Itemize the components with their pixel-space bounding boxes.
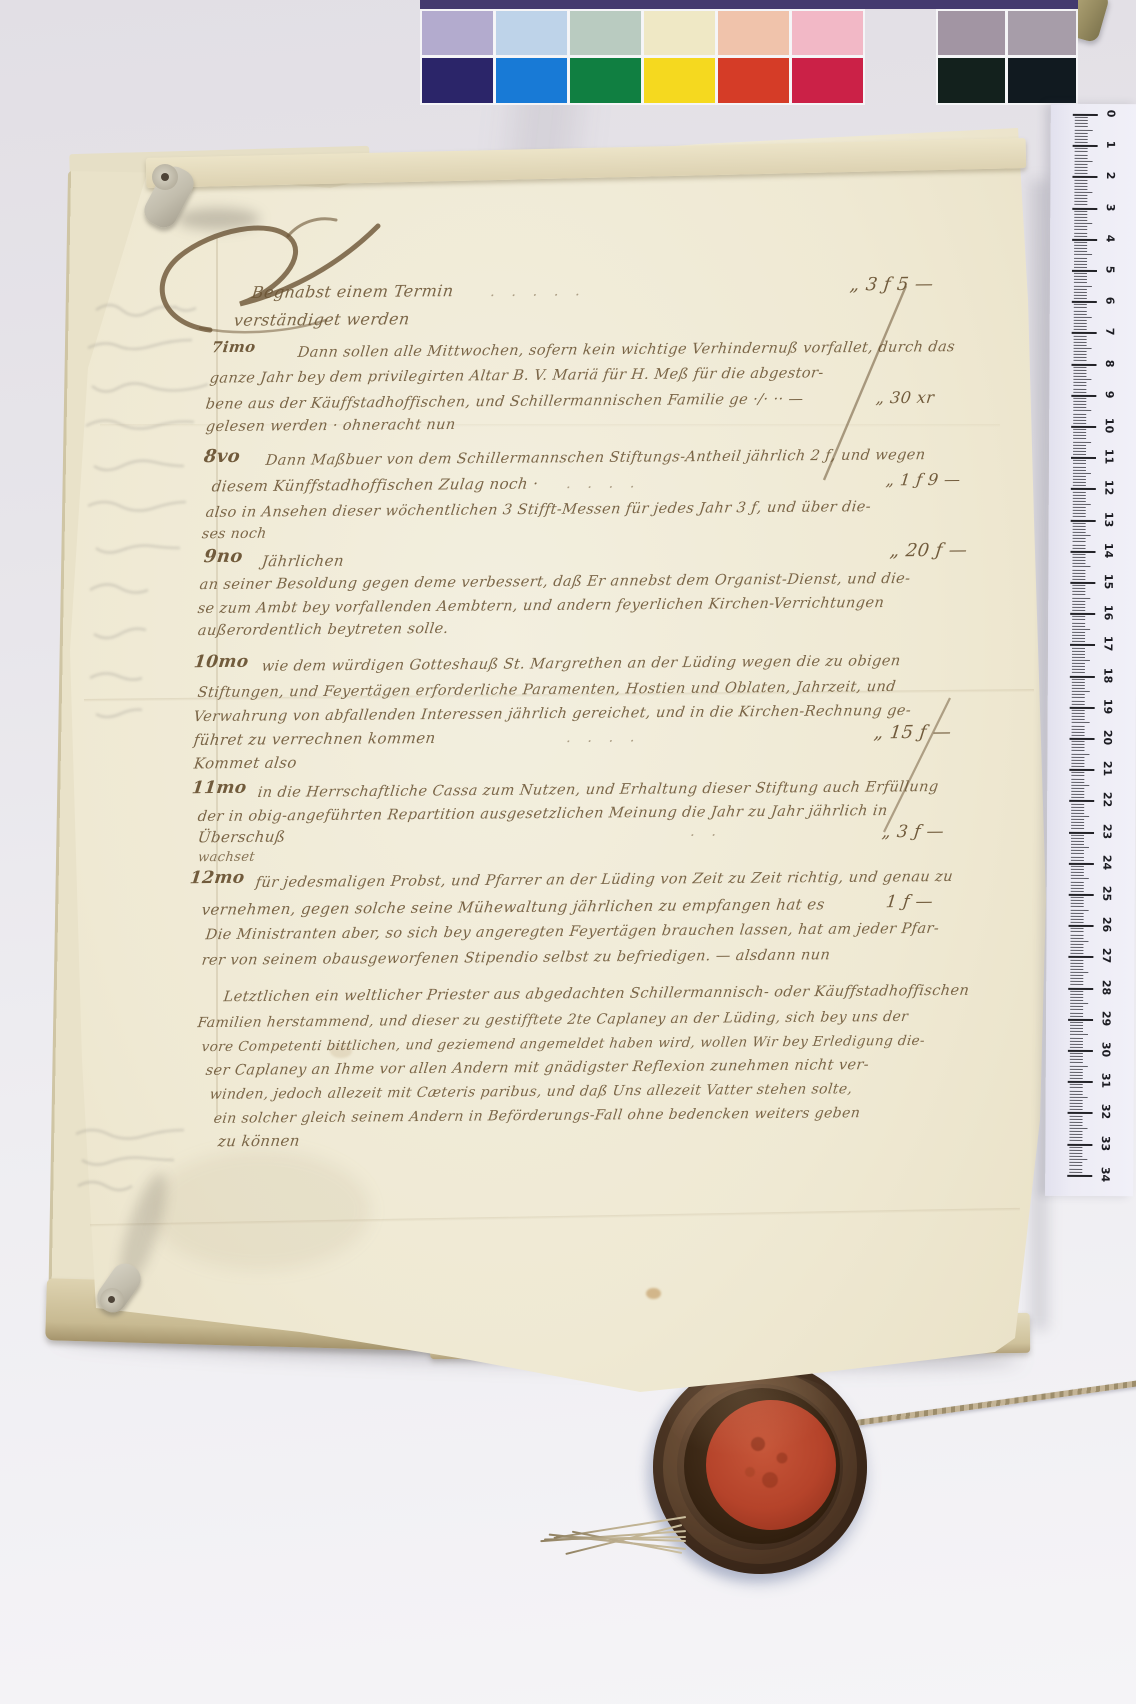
ruler-mm-tick [1070,1122,1083,1123]
ruler-number: 19 [1101,698,1114,714]
ruler-mm-tick [1073,541,1086,542]
ruler-mm-tick [1072,554,1085,555]
ruler-mm-tick [1070,975,1083,976]
ruler-mm-tick [1073,479,1086,480]
ruler-number: 14 [1102,542,1115,558]
ruler-mm-tick [1070,1003,1088,1004]
color-patch [792,58,863,103]
color-patch [570,11,641,55]
ruler-mm-tick [1072,744,1085,745]
ruler-mm-tick [1070,1094,1083,1095]
ruler-mm-tick [1074,279,1087,280]
ruler-mm-tick [1074,289,1087,290]
ruler-cm-tick [1070,613,1095,615]
ruler-mm-tick [1069,1165,1082,1166]
ruler-mm-tick [1070,1034,1088,1035]
ruler-mm-tick [1072,651,1085,652]
manuscript-line: Die Ministranten aber, so sich bey anger… [205,921,940,943]
ruler-mm-tick [1073,523,1086,524]
ruler-mm-tick [1074,226,1087,227]
ruler-number: 3 [1104,199,1117,215]
ruler-cm-tick [1071,488,1096,490]
ruler-mm-tick [1069,1131,1082,1132]
color-patch [1008,58,1076,103]
ruler-mm-tick [1072,700,1085,701]
ruler-mm-tick [1073,404,1086,405]
ruler-mm-tick [1070,1103,1083,1104]
ruler-mm-tick [1071,813,1084,814]
manuscript-line: se zum Ambt bey vorfallenden Aembtern, u… [197,595,885,617]
manuscript-line: an seiner Besoldung gegen deme verbesser… [199,571,912,593]
ruler-mm-tick [1073,470,1086,471]
ruler-mm-tick [1073,401,1086,402]
ruler-mm-tick [1073,535,1091,536]
ruler-mm-tick [1070,938,1083,939]
ruler-mm-tick [1074,276,1087,277]
ruler-cm-tick [1072,176,1097,178]
ruler-mm-tick [1072,585,1085,586]
ruler-mm-tick [1075,161,1093,162]
ruler-mm-tick [1073,435,1086,436]
manuscript-line: rer von seinem obausgeworfenen Stipendio… [201,947,831,968]
ruler-mm-tick [1072,619,1085,620]
ruler-mm-tick [1075,123,1088,124]
ruler-mm-tick [1070,953,1083,954]
ruler-mm-tick [1074,251,1087,252]
ruler-mm-tick [1073,485,1086,486]
ruler-mm-tick [1073,473,1091,474]
ruler-number: 12 [1102,480,1115,496]
manuscript-line: für jedesmaligen Probst, und Pfarrer an … [255,869,954,891]
manuscript-line: ses noch [201,526,268,543]
ruler-mm-tick [1075,126,1088,127]
ruler-mm-tick [1073,516,1086,517]
ruler-mm-tick [1073,385,1086,386]
ruler-mm-tick [1070,1125,1083,1126]
ruler-cm-tick [1072,207,1097,209]
ruler-mm-tick [1073,367,1086,368]
ruler-mm-tick [1072,713,1085,714]
ruler-mm-tick [1074,232,1087,233]
ruler-mm-tick [1074,204,1087,205]
ruler-cm-tick [1069,894,1094,896]
ruler-mm-tick [1073,463,1086,464]
ruler-mm-tick [1071,931,1084,932]
ruler-mm-tick [1074,320,1087,321]
ruler-mm-tick [1070,1075,1083,1076]
amount-1f9: „ 1 ƒ 9 — [885,470,962,490]
ruler-mm-tick [1071,847,1089,848]
ruler-mm-tick [1074,223,1092,224]
ruler-mm-tick [1072,576,1085,577]
ruler-mm-tick [1070,1109,1083,1110]
ruler-mm-tick [1072,597,1090,598]
ruler-mm-tick [1074,192,1092,193]
ruler-number: 22 [1101,792,1114,808]
ruler-mm-tick [1073,482,1086,483]
amount-30xr: „ 30 xr [875,388,936,408]
ruler-mm-tick [1073,460,1086,461]
ruler-mm-tick [1070,1069,1083,1070]
manuscript-line: Familien herstammend, und dieser zu gest… [197,1009,909,1031]
ruler-number: 10 [1103,418,1116,434]
ruler-mm-tick [1071,810,1084,811]
ruler-mm-tick [1072,679,1085,680]
ruler-mm-tick [1070,1119,1083,1120]
ruler-mm-tick [1075,129,1093,130]
ruler-mm-tick [1072,660,1090,661]
ruler-mm-tick [1071,807,1084,808]
item-marker-10mo: 10mo [193,652,250,672]
ruler-mm-tick [1069,1153,1082,1154]
ruler-mm-tick [1070,950,1083,951]
item-marker-11mo: 11mo [191,778,248,798]
ruler-number: 30 [1099,1042,1112,1058]
ruler-mm-tick [1070,1100,1083,1101]
ruler-mm-tick [1073,441,1091,442]
ruler-mm-tick [1071,872,1084,873]
ruler-cm-tick [1067,1175,1092,1177]
ruler-mm-tick [1070,969,1083,970]
amount-3f: „ 3 ƒ — [881,822,945,843]
ruler-mm-tick [1073,382,1086,383]
ruler-mm-tick [1071,788,1084,789]
ruler-mm-tick [1071,916,1084,917]
ruler-number: 7 [1103,324,1116,340]
ruler-mm-tick [1074,220,1087,221]
ruler-mm-tick [1072,694,1085,695]
ruler-cm-tick [1068,987,1093,989]
ruler-mm-tick [1074,183,1087,184]
ruler-number: 2 [1104,168,1117,184]
color-patch [496,11,567,55]
ruler-mm-tick [1069,1147,1082,1148]
ruler-cm-tick [1072,301,1097,303]
ruler-mm-tick [1071,922,1084,923]
color-calibration-chart [420,0,1078,106]
ruler-cm-tick [1068,1050,1093,1052]
ruler-mm-tick [1072,641,1085,642]
ruler-mm-tick [1075,136,1088,137]
ruler-cm-tick [1069,800,1094,802]
item-marker-8vo: 8vo [203,446,242,467]
amount-15f: „ 15 ƒ — [873,722,953,744]
ruler-mm-tick [1071,934,1084,935]
ruler-mm-tick [1075,158,1088,159]
ruler-mm-tick [1072,632,1085,633]
color-patch [938,11,1005,55]
ruler-mm-tick [1070,1097,1088,1098]
manuscript-line: ganze Jahr bey dem privilegirten Altar B… [209,365,825,386]
ruler-mm-tick [1071,903,1084,904]
ruler-mm-tick [1074,214,1087,215]
ruler-mm-tick [1069,1159,1087,1160]
ruler-mm-tick [1072,626,1085,627]
ruler-mm-tick [1070,1031,1083,1032]
peg-hole [108,1296,115,1303]
ruler-mm-tick [1072,579,1085,580]
ruler-mm-tick [1074,267,1087,268]
ruler-mm-tick [1072,716,1085,717]
ruler-mm-tick [1071,866,1084,867]
color-patch [718,11,789,55]
ruler-cm-tick [1068,1081,1093,1083]
ruler-mm-tick [1070,984,1083,985]
ruler-mm-tick [1074,198,1087,199]
ruler-mm-tick [1072,569,1085,570]
color-patch [792,11,863,55]
ruler-mm-tick [1075,167,1088,168]
ruler-mm-tick [1072,741,1085,742]
amount-3f5: „ 3 ƒ 5 — [849,274,935,296]
ruler-mm-tick [1070,959,1083,960]
manuscript-line: · · · · [565,734,641,751]
ruler-number: 16 [1102,605,1115,621]
ruler-mm-tick [1074,245,1087,246]
ruler-mm-tick [1072,682,1085,683]
ruler-cm-tick [1070,707,1095,709]
ruler-mm-tick [1074,186,1087,187]
ruler-mm-tick [1074,298,1087,299]
ruler-cm-tick [1068,956,1093,958]
ruler-mm-tick [1071,772,1084,773]
ruler-mm-tick [1070,1037,1083,1038]
ruler-mm-tick [1072,588,1085,589]
manuscript-line: Jährlichen [261,552,345,571]
ruler-mm-tick [1070,963,1083,964]
ruler-mm-tick [1074,360,1087,361]
ruler-mm-tick [1072,722,1090,723]
ruler-mm-tick [1071,778,1084,779]
ruler-mm-tick [1070,947,1083,948]
manuscript-line: gelesen werden · ohneracht nun [205,417,457,435]
ruler-mm-tick [1075,148,1088,149]
ruler-mm-tick [1071,885,1084,886]
ruler-mm-tick [1073,420,1086,421]
ruler-mm-tick [1074,323,1087,324]
ruler-mm-tick [1074,173,1087,174]
ruler-mm-tick [1071,803,1084,804]
ruler-mm-tick [1073,513,1086,514]
manuscript-line: also in Ansehen dieser wöchentlichen 3 S… [205,499,872,521]
ruler-mm-tick [1071,900,1084,901]
ruler-mm-tick [1075,164,1088,165]
ruler-mm-tick [1074,264,1087,265]
ruler-mm-tick [1070,1056,1083,1057]
ruler-mm-tick [1074,201,1087,202]
ruler-mm-tick [1070,1016,1083,1017]
manuscript-line: wie dem würdigen Gotteshauß St. Margreth… [261,653,902,675]
color-patch [644,11,715,55]
ruler-mm-tick [1071,785,1089,786]
ruler-mm-tick [1074,335,1087,336]
ruler-mm-tick [1070,997,1083,998]
manuscript-line: der in obig-angeführten Repartition ausg… [197,803,889,825]
ruler-mm-tick [1072,557,1085,558]
ruler-mm-tick [1071,860,1084,861]
item-marker-9no: 9no [203,546,244,567]
ruler-cm-tick [1072,332,1097,334]
ruler-mm-tick [1072,610,1085,611]
color-patch [1008,11,1076,55]
ruler-mm-tick [1071,850,1084,851]
ruler-mm-tick [1070,1009,1083,1010]
ruler-number: 29 [1100,1010,1113,1026]
ruler-number: 32 [1099,1104,1112,1120]
manuscript-line: Dann sollen alle Mittwochen, sofern kein… [297,339,956,361]
ruler-mm-tick [1071,766,1084,767]
ruler-mm-tick [1074,254,1092,255]
ruler-mm-tick [1075,117,1088,118]
ruler-mm-tick [1072,729,1085,730]
ruler-mm-tick [1070,1062,1083,1063]
ruler-mm-tick [1070,1065,1088,1066]
ruler-mm-tick [1073,476,1086,477]
ruler-mm-tick [1072,685,1085,686]
ruler-mm-tick [1072,710,1085,711]
peg-shadow [176,208,260,230]
ruler-mm-tick [1069,1172,1082,1173]
ruler-mm-tick [1070,1072,1083,1073]
ruler-mm-tick [1073,544,1086,545]
manuscript-line: wachset [197,850,256,865]
color-patch [570,58,641,103]
ruler-mm-tick [1073,413,1086,414]
ruler-mm-tick [1073,429,1086,430]
ruler-mm-tick [1072,672,1085,673]
ruler-mm-tick [1074,357,1087,358]
ruler-mm-tick [1072,616,1085,617]
ruler-mm-tick [1073,388,1086,389]
ruler-mm-tick [1070,1053,1083,1054]
ruler-number: 13 [1102,511,1115,527]
ruler-mm-tick [1072,657,1085,658]
ruler-mm-tick [1070,991,1083,992]
ruler-cm-tick [1072,270,1097,272]
ruler-mm-tick [1071,853,1084,854]
manuscript-line: Überschuß [197,828,286,847]
ruler-mm-tick [1072,688,1085,689]
ruler-mm-tick [1072,663,1085,664]
ruler-cm-tick [1071,363,1096,365]
ruler-mm-tick [1071,816,1089,817]
ruler-mm-tick [1071,878,1089,879]
manuscript-line: ser Caplaney an Ihme vor allen Andern mi… [205,1057,870,1079]
ruler-mm-tick [1074,229,1087,230]
ruler-mm-tick [1073,398,1086,399]
ruler-mm-tick [1071,797,1084,798]
ruler-mm-tick [1074,282,1087,283]
ruler-cm-tick [1071,551,1096,553]
ruler-cm-tick [1070,738,1095,740]
ruler-cm-tick [1069,863,1094,865]
ruler-mm-tick [1074,314,1087,315]
ruler-mm-tick [1075,154,1088,155]
ruler-cm-tick [1069,831,1094,833]
ruler-mm-tick [1072,704,1085,705]
ruler-mm-tick [1073,423,1086,424]
ruler-mm-tick [1071,825,1084,826]
manuscript-line: Dann Maßbuer von dem Schillermannschen S… [265,447,927,469]
ruler-mm-tick [1069,1134,1082,1135]
ruler-cm-tick [1069,925,1094,927]
ruler-mm-tick [1072,666,1085,667]
ruler-mm-tick [1074,292,1087,293]
ruler-number: 17 [1101,636,1114,652]
ruler-mm-tick [1073,376,1086,377]
ruler-number: 31 [1099,1073,1112,1089]
ruler-mm-tick [1071,835,1084,836]
ruler-mm-tick [1073,526,1086,527]
ruler-number: 20 [1101,730,1114,746]
ruler-mm-tick [1070,1084,1083,1085]
ruler-mm-tick [1071,757,1084,758]
ruler-mm-tick [1072,591,1085,592]
ruler-mm-tick [1074,348,1092,349]
ruler-mm-tick [1071,782,1084,783]
ruler-mm-tick [1071,819,1084,820]
ruler-number: 5 [1103,262,1116,278]
ruler-cm-tick [1067,1143,1092,1145]
ruler-scale: 0123456789101112131415161718192021222324… [1045,114,1136,1184]
ruler-mm-tick [1074,242,1087,243]
ruler-mm-tick [1074,326,1087,327]
ruler-mm-tick [1073,370,1086,371]
ruler-mm-tick [1075,142,1088,143]
ruler-mm-tick [1071,828,1084,829]
ruler-mm-tick [1071,913,1084,914]
color-patch [718,58,789,103]
ruler-mm-tick [1073,373,1086,374]
ruler-mm-tick [1075,139,1088,140]
ruler-mm-tick [1074,342,1087,343]
manuscript-line: winden, jedoch allezeit mit Cæteris pari… [209,1081,854,1103]
ruler-mm-tick [1073,504,1091,505]
ruler-mm-tick [1070,978,1083,979]
amount-1f: 1 ƒ — [885,892,934,912]
ruler-mm-tick [1072,635,1085,636]
ruler-mm-tick [1070,1047,1083,1048]
ruler-cm-tick [1070,644,1095,646]
chart-top-bar [420,0,1078,9]
ruler-mm-tick [1071,897,1084,898]
ruler-mm-tick [1071,906,1084,907]
ruler-mm-tick [1074,329,1087,330]
ruler-mm-tick [1072,697,1085,698]
ruler-mm-tick [1073,538,1086,539]
photograph-of-archival-document: Begnabst einem Termin· · · · ·„ 3 ƒ 5 —v… [0,0,1136,1704]
ruler-mm-tick [1070,981,1083,982]
ruler-mm-tick [1073,529,1086,530]
ruler-cm-tick [1068,1112,1093,1114]
ruler-cm-tick [1071,519,1096,521]
manuscript-line: · · [689,828,723,844]
ruler-number: 26 [1100,917,1113,933]
ruler-mm-tick [1073,448,1086,449]
ruler-mm-tick [1072,638,1085,639]
ruler-number: 1 [1104,137,1117,153]
ruler-mm-tick [1072,669,1085,670]
ruler-cm-tick [1070,675,1095,677]
ruler-mm-tick [1071,881,1084,882]
ruler-mm-tick [1074,295,1087,296]
color-patch [496,58,567,103]
manuscript-line: verständiget werden [233,309,411,330]
ruler-cm-tick [1071,426,1096,428]
ruler-mm-tick [1072,719,1085,720]
ruler-number: 6 [1103,293,1116,309]
ruler-mm-tick [1071,750,1084,751]
